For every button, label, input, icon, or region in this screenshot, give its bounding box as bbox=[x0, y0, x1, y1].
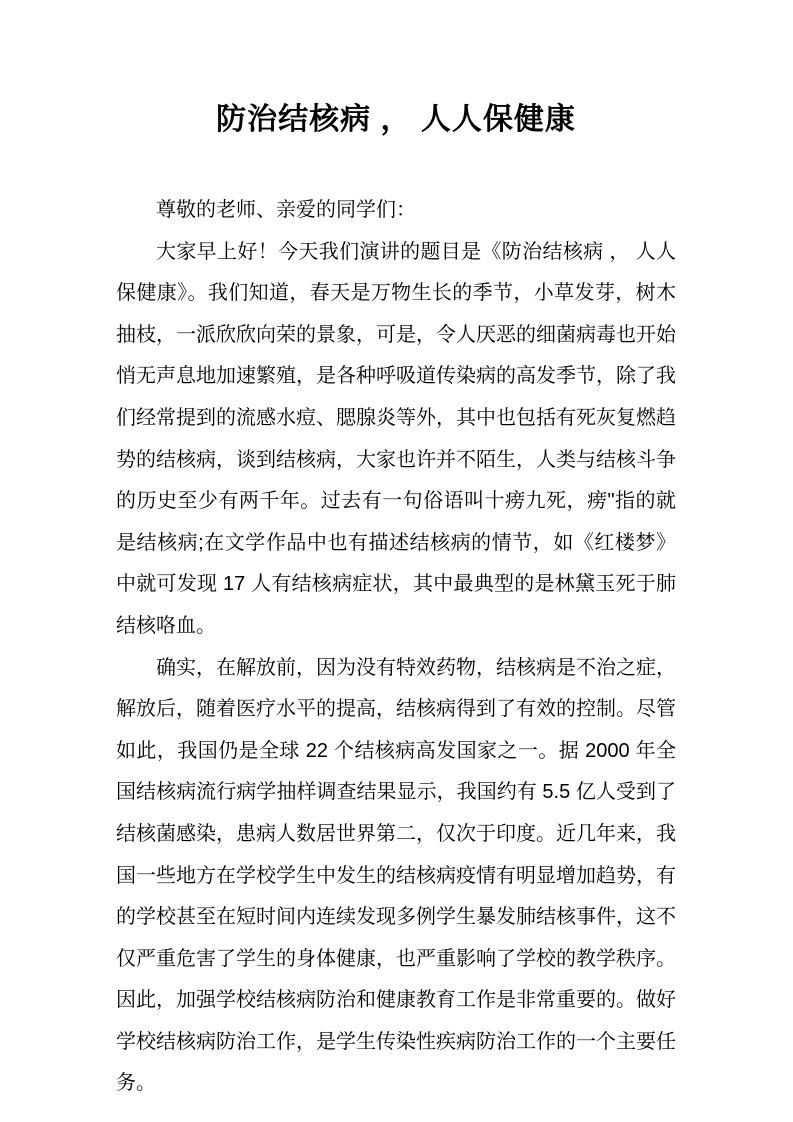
greeting-line: 尊敬的老师、亲爱的同学们： bbox=[116, 190, 676, 232]
document-title: 防治结核病 ， 人人保健康 bbox=[116, 96, 676, 144]
paragraph-intro: 大家早上好！今天我们演讲的题目是《防治结核病 ， 人人保健康》。我们知道，春天是… bbox=[116, 232, 676, 648]
document-page: 防治结核病 ， 人人保健康 尊敬的老师、亲爱的同学们： 大家早上好！今天我们演讲… bbox=[0, 0, 793, 1122]
paragraph-history: 确实，在解放前，因为没有特效药物，结核病是不治之症，解放后，随着医疗水平的提高，… bbox=[116, 648, 676, 1106]
